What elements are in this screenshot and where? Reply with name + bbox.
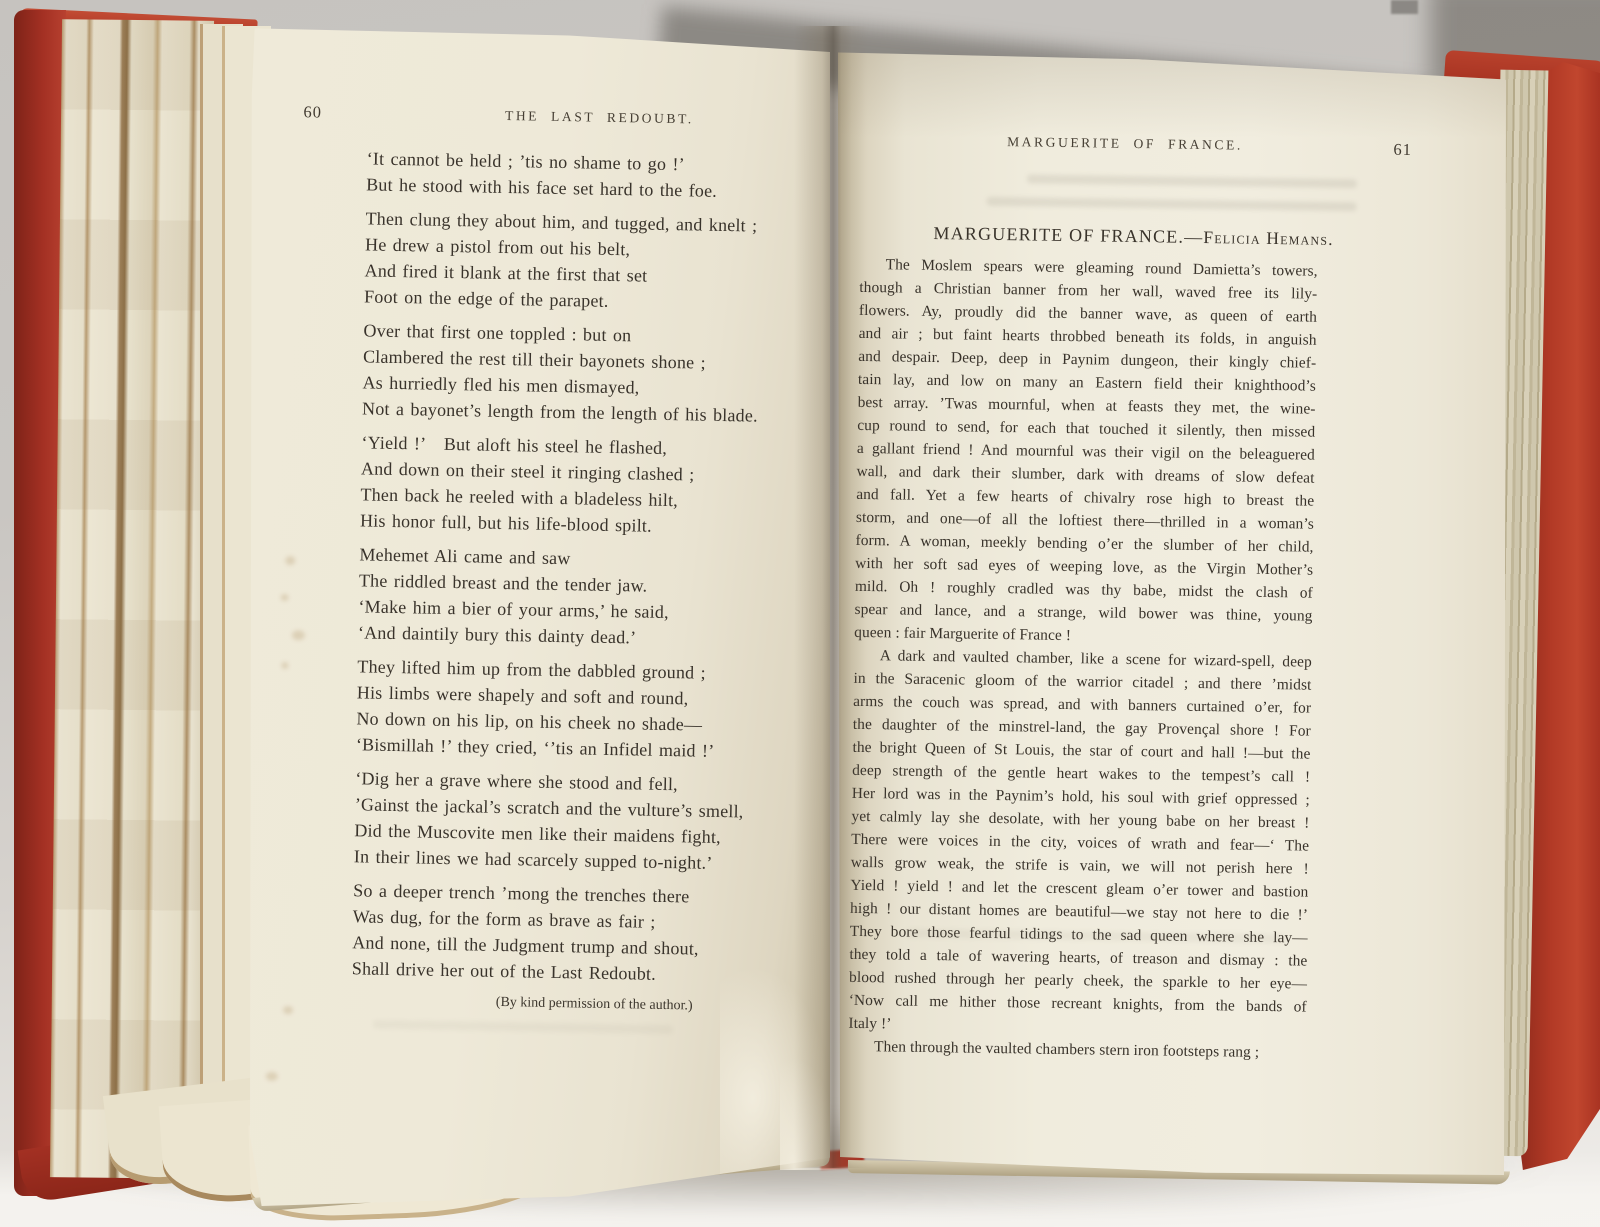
foxing-spot <box>285 556 295 565</box>
foxing-spot <box>281 594 289 601</box>
show-through-text <box>987 197 1357 211</box>
right-page-text-layer: MARGUERITE OF FRANCE. 61 MARGUERITE OF F… <box>822 48 1507 1185</box>
poem: ‘It cannot be held ; ’tis no shame to go… <box>351 145 853 1017</box>
poem-stanza: ‘It cannot be held ; ’tis no shame to go… <box>366 145 853 206</box>
gutter-shadow <box>794 26 868 1168</box>
piece-title: MARGUERITE OF FRANCE.—Felicia Hemans. <box>906 223 1361 251</box>
prose-body: The Moslem spears were gleaming round Da… <box>848 253 1318 1065</box>
piece-author: Felicia Hemans. <box>1203 227 1334 249</box>
foxing-spot <box>281 662 288 669</box>
poem-stanza: Over that first one toppled : but onClam… <box>362 317 850 430</box>
left-page-stack-streaks <box>50 19 214 1179</box>
left-page: 60 THE LAST REDOUBT. ‘It cannot be held … <box>250 26 830 1206</box>
page-number-61: 61 <box>1393 140 1412 160</box>
page-number-60: 60 <box>303 102 322 122</box>
running-header-left: THE LAST REDOUBT. <box>379 106 819 130</box>
show-through-text <box>373 1020 673 1034</box>
poem-stanza: Then clung they about him, and tugged, a… <box>364 205 852 318</box>
show-through-text <box>1027 174 1357 188</box>
poem-stanza: Mehemet Ali came and sawThe riddled brea… <box>358 541 846 654</box>
right-page: MARGUERITE OF FRANCE. 61 MARGUERITE OF F… <box>838 48 1506 1175</box>
foxing-spot <box>266 1072 278 1081</box>
piece-title-text: MARGUERITE OF FRANCE.— <box>933 223 1203 247</box>
foxing-spot <box>283 1006 293 1014</box>
poem-stanza: ‘Dig her a grave where she stood and fel… <box>354 765 842 878</box>
left-page-text-layer: 60 THE LAST REDOUBT. ‘It cannot be held … <box>229 25 831 1215</box>
book-photo: 60 THE LAST REDOUBT. ‘It cannot be held … <box>0 0 1600 1227</box>
attribution-note: (By kind permission of the author.) <box>351 992 837 1017</box>
running-header-right: MARGUERITE OF FRANCE. <box>897 132 1352 155</box>
wall-mark <box>1391 0 1418 14</box>
poem-stanza: They lifted him up from the dabbled grou… <box>356 653 844 766</box>
foxing-spot <box>292 630 305 640</box>
poem-stanza: So a deeper trench ’mong the trenches th… <box>352 877 840 990</box>
poem-stanza: ‘Yield !’ But aloft his steel he flashed… <box>360 429 848 542</box>
